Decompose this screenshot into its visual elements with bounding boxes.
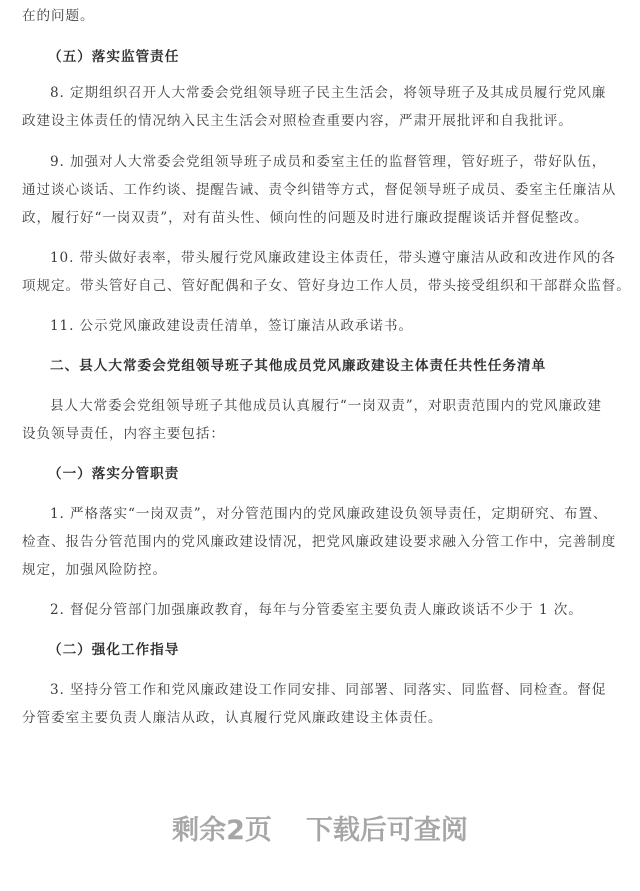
item-1-line-1: 1. 严格落实“一岗双责”，对分管范围内的党风廉政建设负领导责任，定期研究、布置… bbox=[50, 504, 622, 524]
remaining-pages-label: 剩余2页 bbox=[172, 808, 272, 847]
download-to-view-label[interactable]: 下载后可查阅 bbox=[306, 808, 468, 847]
carryover-text: 在的问题。 bbox=[22, 6, 622, 26]
item-3-line-1: 3. 坚持分管工作和党风廉政建设工作同安排、同部署、同落实、同监督、同检查。督促 bbox=[50, 680, 622, 700]
paragraph-10-line-1: 10. 带头做好表率，带头履行党风廉政建设主体责任，带头遵守廉洁从政和改进作风的… bbox=[50, 248, 622, 268]
section-heading-2: 二、县人大常委会党组领导班子其他成员党风廉政建设主体责任共性任务清单 bbox=[50, 356, 640, 376]
paragraph-9-line-3: 政，履行好“一岗双责”，对有苗头性、倾向性的问题及时进行廉政提醒谈话并督促整改。 bbox=[22, 208, 622, 228]
document-page: 在的问题。 （五）落实监管责任 8. 定期组织召开人大常委会党组领导班子民主生活… bbox=[0, 0, 640, 891]
paragraph-8-line-1: 8. 定期组织召开人大常委会党组领导班子民主生活会，将领导班子及其成员履行党风廉 bbox=[50, 83, 622, 103]
paragraph-8-line-2: 政建设主体责任的情况纳入民主生活会对照检查重要内容，严肃开展批评和自我批评。 bbox=[22, 111, 622, 131]
item-1-line-2: 检查、报告分管范围内的党风廉政建设情况，把党风廉政建设要求融入分管工作中，完善制… bbox=[22, 532, 622, 552]
subheading-implement-duties: （一）落实分管职责 bbox=[48, 464, 640, 484]
item-2-line-1: 2. 督促分管部门加强廉政教育，每年与分管委室主要负责人廉政谈话不少于 1 次。 bbox=[50, 600, 622, 620]
paragraph-9-line-2: 通过谈心谈话、工作约谈、提醒告诫、责令纠错等方式，督促领导班子成员、委室主任廉洁… bbox=[22, 180, 622, 200]
paragraph-11-line-1: 11. 公示党风廉政建设责任清单，签订廉洁从政承诺书。 bbox=[50, 316, 622, 336]
subheading-strengthen-guidance: （二）强化工作指导 bbox=[48, 640, 640, 660]
subheading-implement-supervision: （五）落实监管责任 bbox=[48, 47, 640, 67]
item-3-line-2: 分管委室主要负责人廉洁从政，认真履行党风廉政建设主体责任。 bbox=[22, 708, 622, 728]
download-prompt-banner[interactable]: 剩余2页下载后可查阅 bbox=[0, 808, 640, 847]
item-1-line-3: 规定，加强风险防控。 bbox=[22, 560, 622, 580]
intro-line-2: 设负领导责任，内容主要包括： bbox=[22, 424, 622, 444]
intro-line-1: 县人大常委会党组领导班子其他成员认真履行“一岗双责”，对职责范围内的党风廉政建 bbox=[50, 396, 622, 416]
paragraph-10-line-2: 项规定。带头管好自己、管好配偶和子女、管好身边工作人员，带头接受组织和干部群众监… bbox=[22, 276, 622, 296]
paragraph-9-line-1: 9. 加强对人大常委会党组领导班子成员和委室主任的监督管理，管好班子，带好队伍， bbox=[50, 152, 622, 172]
